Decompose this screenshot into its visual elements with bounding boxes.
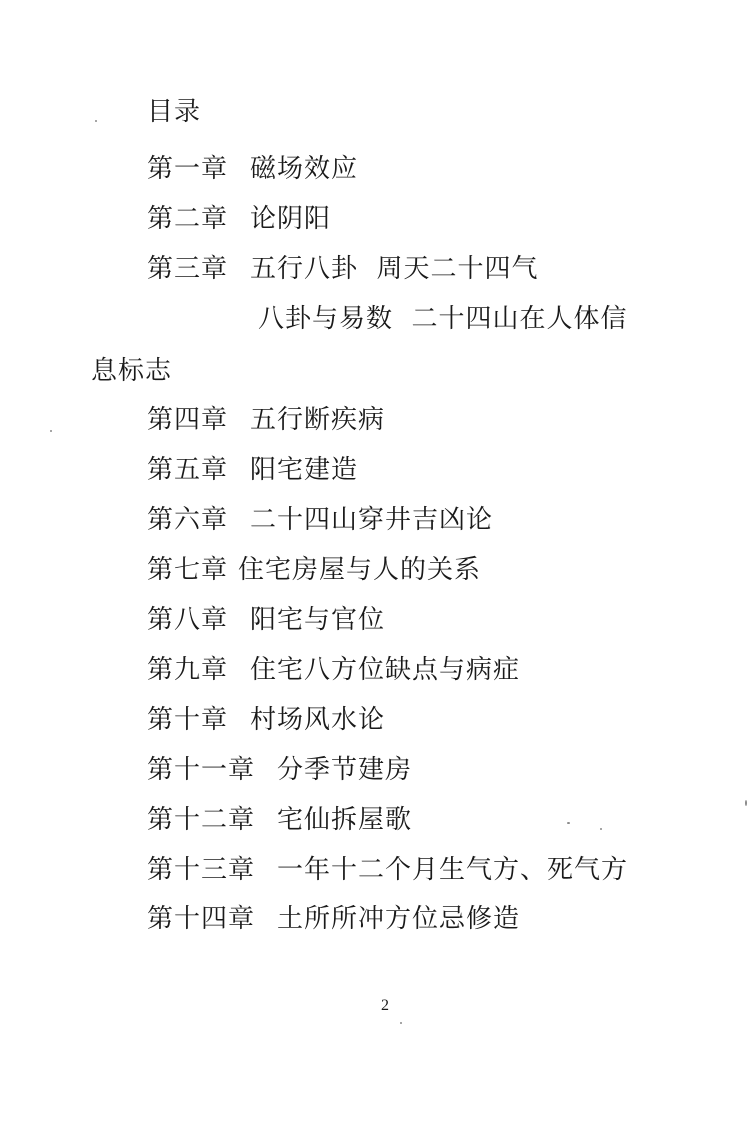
toc-entry: 第四章五行断疾病 [147,405,385,435]
toc-entry: 第二章论阴阳 [147,204,331,234]
chapter-number: 第十四章 [147,904,255,934]
toc-entry: 第十四章土所所冲方位忌修造 [147,904,520,934]
chapter-title: 息标志 [91,356,172,386]
toc-entry: 第十二章宅仙拆屋歌 [147,805,412,835]
toc-entry: 第八章阳宅与官位 [147,605,385,635]
chapter-number: 第四章 [147,405,228,435]
chapter-title: 阳宅建造 [250,455,358,485]
toc-entry: 第一章磁场效应 [147,154,358,184]
chapter-number: 第六章 [147,505,228,535]
chapter-title: 住宅八方位缺点与病症 [250,655,520,685]
toc-entry: 第十章村场风水论 [147,705,385,735]
chapter-number: 第五章 [147,455,228,485]
chapter-number: 第三章 [147,254,228,284]
chapter-number: 第一章 [147,154,228,184]
scan-speck [400,1022,402,1024]
chapter-number: 第七章 [147,555,228,585]
chapter-title: 五行八卦 周天二十四气 [250,254,539,284]
chapter-title: 分季节建房 [277,755,412,785]
toc-entry: 第六章二十四山穿井吉凶论 [147,505,493,535]
page-number: 2 [381,997,389,1015]
toc-entry-continuation: 息标志 [91,356,172,386]
toc-entry: 第十一章分季节建房 [147,755,412,785]
toc-entry: 第十三章一年十二个月生气方、死气方 [147,855,628,885]
toc-entry: 第七章住宅房屋与人的关系 [147,555,481,585]
chapter-number: 第二章 [147,204,228,234]
chapter-title: 宅仙拆屋歌 [277,805,412,835]
chapter-title: 八卦与易数 二十四山在人体信 [258,304,628,334]
toc-entry-continuation: 八卦与易数 二十四山在人体信 [258,304,628,334]
scan-speck [600,828,602,830]
chapter-title: 住宅房屋与人的关系 [238,555,481,585]
chapter-title: 二十四山穿井吉凶论 [250,505,493,535]
chapter-title: 一年十二个月生气方、死气方 [277,855,628,885]
toc-entry: 第九章住宅八方位缺点与病症 [147,655,520,685]
scan-speck [50,430,52,432]
chapter-number: 第九章 [147,655,228,685]
chapter-number: 第八章 [147,605,228,635]
toc-heading: 目录 [147,97,201,127]
chapter-title: 论阴阳 [250,204,331,234]
scan-speck [745,800,747,806]
toc-entry: 第三章五行八卦 周天二十四气 [147,254,539,284]
chapter-title: 村场风水论 [250,705,385,735]
scan-speck [95,120,97,122]
chapter-number: 第十三章 [147,855,255,885]
chapter-title: 阳宅与官位 [250,605,385,635]
chapter-title: 磁场效应 [250,154,358,184]
chapter-number: 第十一章 [147,755,255,785]
scan-speck [567,822,570,824]
chapter-number: 第十二章 [147,805,255,835]
chapter-title: 土所所冲方位忌修造 [277,904,520,934]
chapter-title: 五行断疾病 [250,405,385,435]
toc-entry: 第五章阳宅建造 [147,455,358,485]
chapter-number: 第十章 [147,705,228,735]
